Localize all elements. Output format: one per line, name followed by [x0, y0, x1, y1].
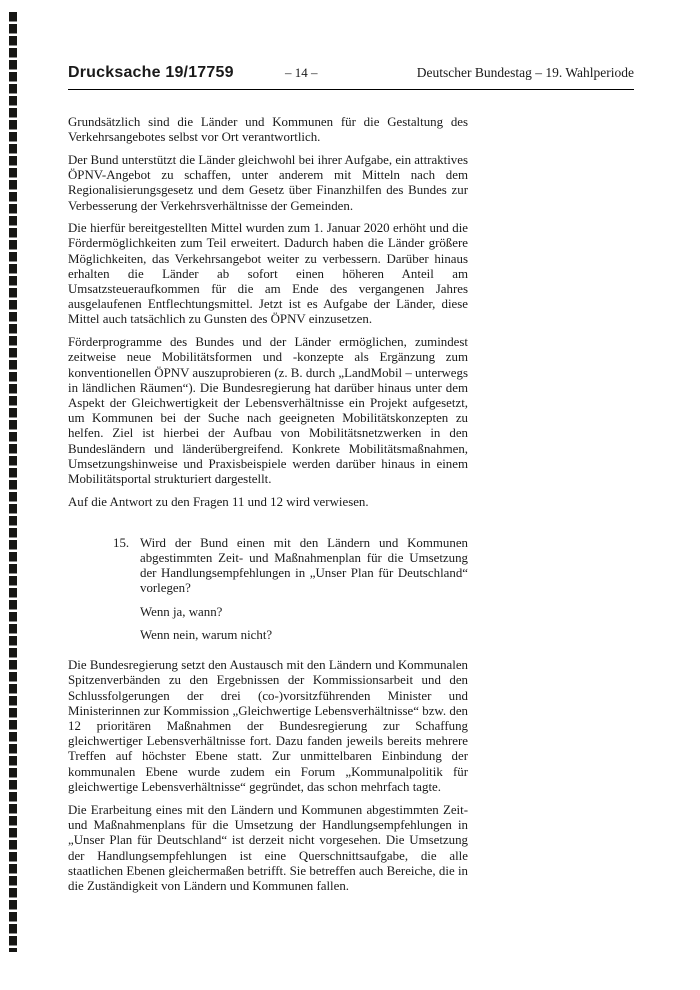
paragraph: Die Erarbeitung eines mit den Ländern un…	[68, 803, 468, 894]
question-number: 15.	[113, 536, 129, 551]
page-header: Drucksache 19/17759 – 14 – Deutscher Bun…	[68, 64, 634, 90]
document-page: { "colors": { "scan_bar": "#161614", "ru…	[0, 0, 700, 990]
question-15-block: 15. Wird der Bund einen mit den Ländern …	[113, 536, 468, 643]
paragraph: Die hierfür bereitgestellten Mittel wurd…	[68, 221, 468, 327]
scan-artifact-bar	[9, 12, 17, 952]
body-column: Grundsätzlich sind die Länder und Kommun…	[68, 115, 468, 894]
paragraph: Auf die Antwort zu den Fragen 11 und 12 …	[68, 495, 468, 510]
paragraph: Der Bund unterstützt die Länder gleichwo…	[68, 153, 468, 214]
paragraph: Die Bundesregierung setzt den Austausch …	[68, 658, 468, 795]
paragraph: Förderprogramme des Bundes und der Lände…	[68, 335, 468, 487]
page-number: – 14 –	[285, 65, 318, 81]
answer-column: Die Bundesregierung setzt den Austausch …	[68, 658, 468, 894]
parliament-label: Deutscher Bundestag – 19. Wahlperiode	[417, 65, 634, 81]
sub-question: Wenn nein, warum nicht?	[113, 628, 468, 643]
sub-question: Wenn ja, wann?	[113, 605, 468, 620]
page-content: Drucksache 19/17759 – 14 – Deutscher Bun…	[68, 64, 634, 902]
question-text: Wird der Bund einen mit den Ländern und …	[140, 536, 468, 596]
question-15: 15. Wird der Bund einen mit den Ländern …	[113, 536, 468, 597]
doc-number: Drucksache 19/17759	[68, 64, 234, 82]
paragraph: Grundsätzlich sind die Länder und Kommun…	[68, 115, 468, 145]
